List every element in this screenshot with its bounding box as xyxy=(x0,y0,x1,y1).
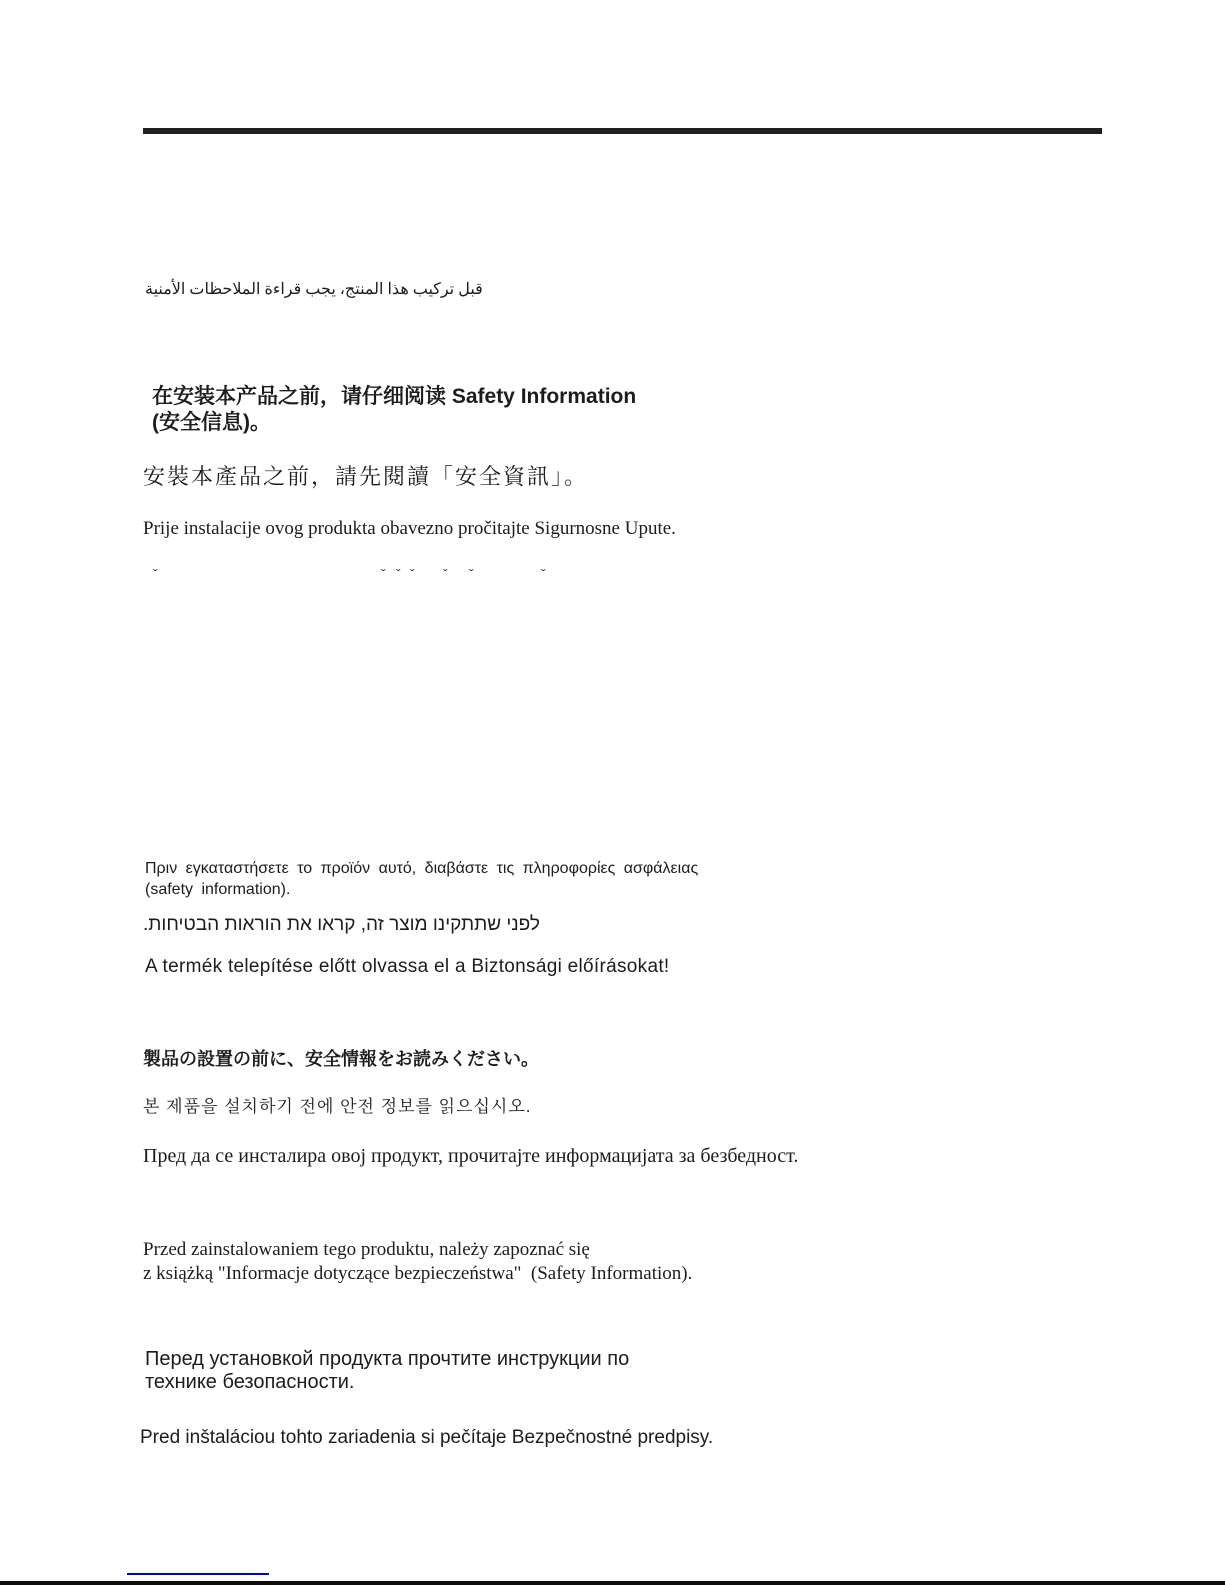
statement-line: технике безопасности. xyxy=(145,1371,629,1394)
caron-mark: ˇ xyxy=(153,566,158,582)
statement-line: A termék telepítése előtt olvassa el a B… xyxy=(145,956,669,978)
statement-croatian: Prije instalacije ovog produkta obavezno… xyxy=(143,518,676,540)
statement-line: z książką "Informacje dotyczące bezpiecz… xyxy=(143,1262,692,1286)
statement-line: Pred inštaláciou tohto zariadenia si peč… xyxy=(140,1427,713,1449)
statement-line: Przed zainstalowaniem tego produktu, nal… xyxy=(143,1238,692,1262)
statement-line: 製品の設置の前に、安全情報をお読みください。 xyxy=(143,1049,539,1070)
statement-greek: Πριν εγκαταστήσετε το προϊόν αυτό, διαβά… xyxy=(145,858,698,900)
caron-mark: ˇ xyxy=(396,566,401,582)
caron-mark: ˇ xyxy=(443,566,448,582)
statement-line: Prije instalacije ovog produkta obavezno… xyxy=(143,518,676,540)
statement-chinese-traditional: 安裝本產品之前，請先閱讀「安全資訊」。 xyxy=(143,464,588,490)
statement-hungarian: A termék telepítése előtt olvassa el a B… xyxy=(145,956,669,978)
statement-russian: Перед установкой продукта прочтите инстр… xyxy=(145,1348,629,1394)
caron-mark: ˇ xyxy=(469,566,474,582)
statement-line: Перед установкой продукта прочтите инстр… xyxy=(145,1348,629,1371)
statement-line: לפני שתתקינו מוצר זה, קראו את הוראות הבט… xyxy=(143,914,540,936)
statement-line: 在安装本产品之前，请仔细阅读 Safety Information xyxy=(152,384,636,410)
statement-line: قبل تركيب هذا المنتج، يجب قراءة الملاحظا… xyxy=(145,281,483,300)
statement-arabic: قبل تركيب هذا المنتج، يجب قراءة الملاحظا… xyxy=(145,281,483,300)
manual-safety-page: { "page": { "caron_row": { "glyph": "ˇ" … xyxy=(0,0,1225,1585)
statement-line: Πριν εγκαταστήσετε το προϊόν αυτό, διαβά… xyxy=(145,858,698,879)
statement-chinese-simplified: 在安装本产品之前，请仔细阅读 Safety Information (安全信息)… xyxy=(152,384,636,436)
statement-line: (安全信息)。 xyxy=(152,410,636,436)
statement-slovak: Pred inštaláciou tohto zariadenia si peč… xyxy=(140,1427,713,1449)
caron-diacritic-row: ˇ ˇ ˇ ˇ ˇ ˇ ˇ xyxy=(0,566,1225,580)
caron-mark: ˇ xyxy=(541,566,546,582)
statement-korean: 본 제품을 설치하기 전에 안전 정보를 읽으십시오. xyxy=(143,1097,532,1117)
statement-line: Пред да се инсталира овој продукт, прочи… xyxy=(143,1145,798,1169)
statement-japanese: 製品の設置の前に、安全情報をお読みください。 xyxy=(143,1049,539,1070)
statement-line: 본 제품을 설치하기 전에 안전 정보를 읽으십시오. xyxy=(143,1097,532,1117)
statement-polish: Przed zainstalowaniem tego produktu, nal… xyxy=(143,1238,692,1286)
hyperlink-underline[interactable] xyxy=(127,1573,269,1575)
statement-line: (safety information). xyxy=(145,879,698,900)
caron-mark: ˇ xyxy=(410,566,415,582)
statement-hebrew: לפני שתתקינו מוצר זה, קראו את הוראות הבט… xyxy=(143,914,540,936)
page-bottom-edge-bar xyxy=(0,1581,1225,1585)
caron-mark: ˇ xyxy=(381,566,386,582)
statement-line: 安裝本產品之前，請先閱讀「安全資訊」。 xyxy=(143,464,588,490)
statement-macedonian: Пред да се инсталира овој продукт, прочи… xyxy=(143,1145,798,1169)
top-horizontal-rule xyxy=(143,128,1102,134)
